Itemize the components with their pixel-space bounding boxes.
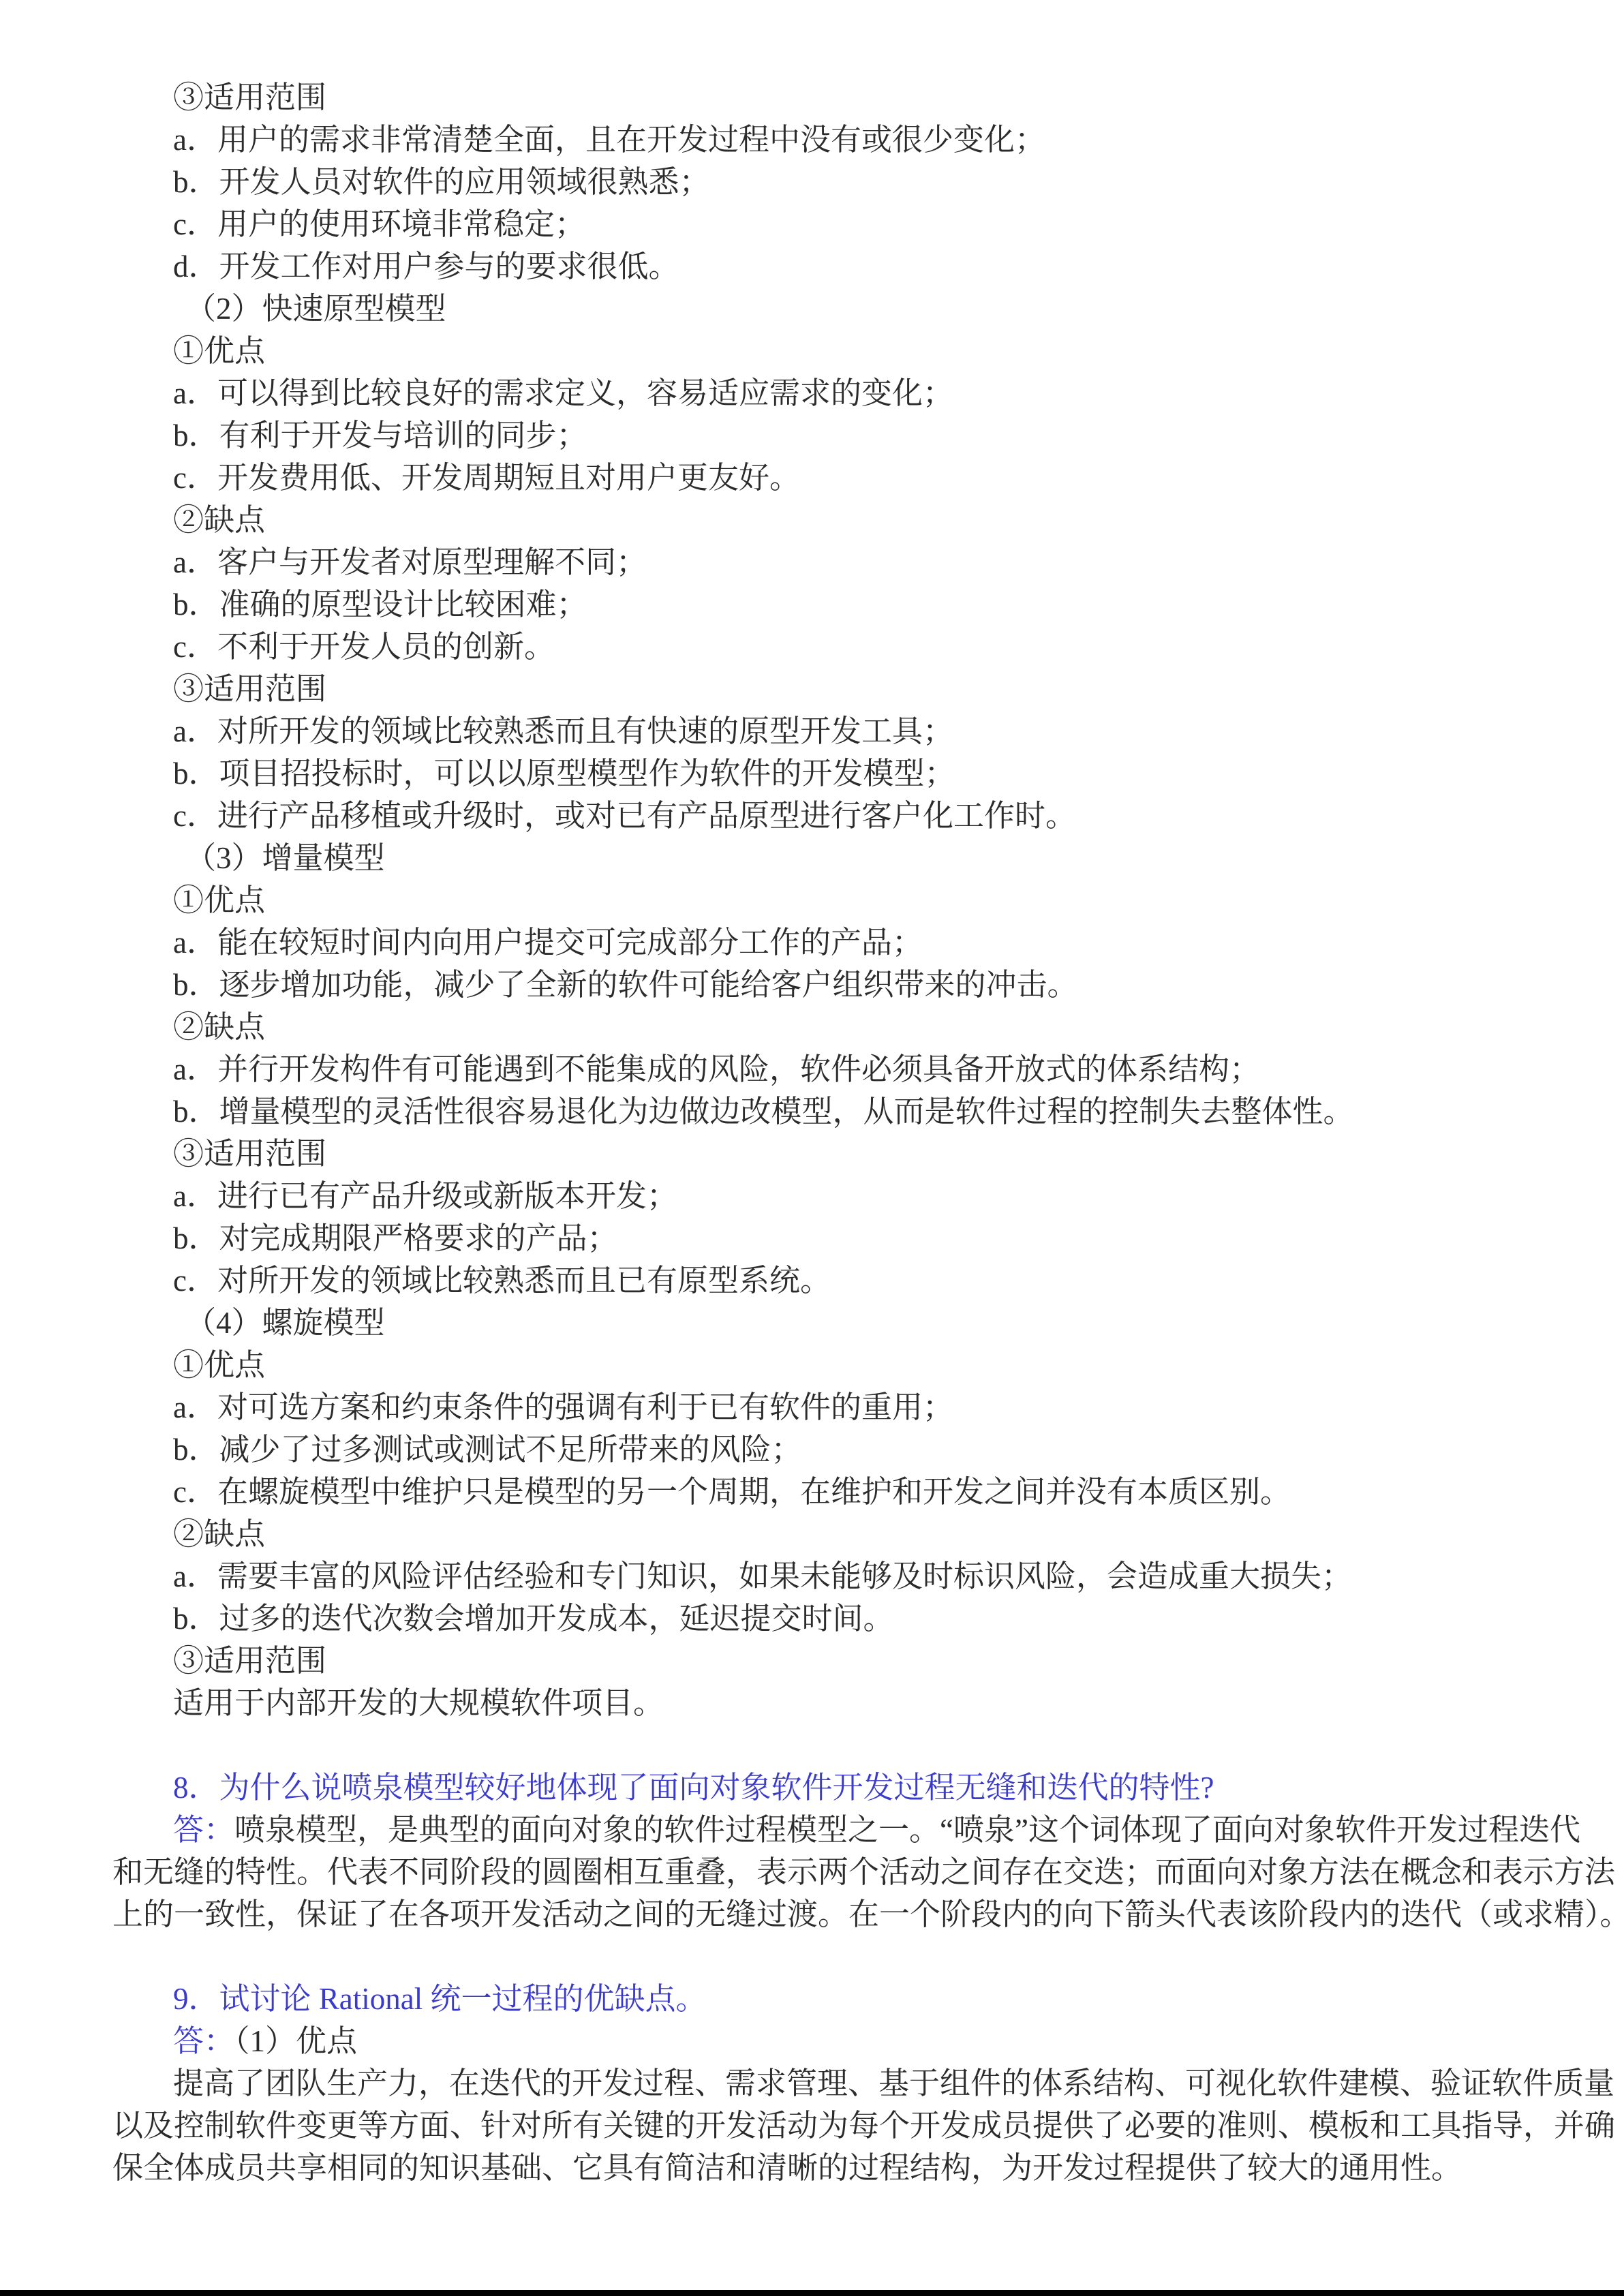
list-item-line: ③适用范围 (0, 1133, 1624, 1175)
paragraph-line: 提高了团队生产力，在迭代的开发过程、需求管理、基于组件的体系结构、可视化软件建模… (0, 2062, 1624, 2104)
list-item-line: c．进行产品移植或升级时，或对已有产品原型进行客户化工作时。 (0, 795, 1624, 837)
list-item-line: c．在螺旋模型中维护只是模型的另一个周期，在维护和开发之间并没有本质区别。 (0, 1471, 1624, 1513)
list-item-line: ②缺点 (0, 1006, 1624, 1048)
list-item-line: ①优点 (0, 879, 1624, 921)
list-item-line: d．开发工作对用户参与的要求很低。 (0, 245, 1624, 288)
list-item-line: ③适用范围 (0, 668, 1624, 710)
list-item-line: b．项目招投标时，可以以原型模型作为软件的开发模型； (0, 752, 1624, 795)
spacer (0, 1935, 1624, 1978)
list-item-line: b．增量模型的灵活性很容易退化为边做边改模型，从而是软件过程的控制失去整体性。 (0, 1090, 1624, 1133)
list-item-line: b．开发人员对软件的应用领域很熟悉； (0, 161, 1624, 203)
list-item-line: ①优点 (0, 330, 1624, 372)
answer-text: （1）优点 (234, 2024, 357, 2058)
list-item-line: ②缺点 (0, 499, 1624, 541)
answer-label: 答： (173, 2024, 234, 2058)
list-item-line: a．可以得到比较良好的需求定义，容易适应需求的变化； (0, 372, 1624, 414)
list-item-line: b．准确的原型设计比较困难； (0, 583, 1624, 626)
list-item-line: a．进行已有产品升级或新版本开发； (0, 1175, 1624, 1217)
section-heading: （4）螺旋模型 (0, 1302, 1624, 1344)
list-item-line: a．客户与开发者对原型理解不同； (0, 541, 1624, 583)
page-bottom-border (0, 2290, 1624, 2296)
list-item-line: a．需要丰富的风险评估经验和专门知识，如果未能够及时标识风险，会造成重大损失； (0, 1555, 1624, 1597)
list-item-line: ③适用范围 (0, 76, 1624, 119)
list-item-line: b．有利于开发与培训的同步； (0, 414, 1624, 457)
list-item-line: ③适用范围 (0, 1640, 1624, 1682)
list-item-line: b．过多的迭代次数会增加开发成本，延迟提交时间。 (0, 1597, 1624, 1640)
section-heading: （2）快速原型模型 (0, 288, 1624, 330)
answer-line: 答：喷泉模型，是典型的面向对象的软件过程模型之一。“喷泉”这个词体现了面向对象软… (0, 1809, 1624, 1851)
answer-label: 答： (173, 1813, 234, 1847)
paragraph-line: 和无缝的特性。代表不同阶段的圆圈相互重叠，表示两个活动之间存在交迭；而面向对象方… (0, 1851, 1624, 1893)
list-item-line: a．用户的需求非常清楚全面，且在开发过程中没有或很少变化； (0, 119, 1624, 161)
spacer (0, 1724, 1624, 1766)
paragraph-line: 保全体成员共享相同的知识基础、它具有简洁和清晰的过程结构，为开发过程提供了较大的… (0, 2147, 1624, 2189)
list-item-line: 适用于内部开发的大规模软件项目。 (0, 1682, 1624, 1724)
question-heading: 9．试讨论 Rational 统一过程的优缺点。 (0, 1978, 1624, 2020)
document-text-block: ③适用范围a．用户的需求非常清楚全面，且在开发过程中没有或很少变化；b．开发人员… (0, 76, 1624, 2189)
list-item-line: a．能在较短时间内向用户提交可完成部分工作的产品； (0, 921, 1624, 964)
list-item-line: b．对完成期限严格要求的产品； (0, 1217, 1624, 1259)
list-item-line: a．并行开发构件有可能遇到不能集成的风险，软件必须具备开放式的体系结构； (0, 1048, 1624, 1090)
list-item-line: a．对可选方案和约束条件的强调有利于已有软件的重用； (0, 1386, 1624, 1428)
list-item-line: c．不利于开发人员的创新。 (0, 626, 1624, 668)
list-item-line: c．用户的使用环境非常稳定； (0, 203, 1624, 245)
list-item-line: a．对所开发的领域比较熟悉而且有快速的原型开发工具； (0, 710, 1624, 752)
paragraph-line: 上的一致性，保证了在各项开发活动之间的无缝过渡。在一个阶段内的向下箭头代表该阶段… (0, 1893, 1624, 1935)
document-page: ③适用范围a．用户的需求非常清楚全面，且在开发过程中没有或很少变化；b．开发人员… (0, 0, 1624, 2296)
list-item-line: c．对所开发的领域比较熟悉而且已有原型系统。 (0, 1259, 1624, 1302)
section-heading: （3）增量模型 (0, 837, 1624, 879)
list-item-line: c．开发费用低、开发周期短且对用户更友好。 (0, 457, 1624, 499)
question-heading: 8．为什么说喷泉模型较好地体现了面向对象软件开发过程无缝和迭代的特性? (0, 1766, 1624, 1809)
list-item-line: ②缺点 (0, 1513, 1624, 1555)
paragraph-line: 以及控制软件变更等方面、针对所有关键的开发活动为每个开发成员提供了必要的准则、模… (0, 2104, 1624, 2147)
list-item-line: b．逐步增加功能，减少了全新的软件可能给客户组织带来的冲击。 (0, 964, 1624, 1006)
answer-text: 喷泉模型，是典型的面向对象的软件过程模型之一。“喷泉”这个词体现了面向对象软件开… (234, 1813, 1580, 1847)
list-item-line: b．减少了过多测试或测试不足所带来的风险； (0, 1428, 1624, 1471)
answer-line: 答：（1）优点 (0, 2020, 1624, 2062)
list-item-line: ①优点 (0, 1344, 1624, 1386)
